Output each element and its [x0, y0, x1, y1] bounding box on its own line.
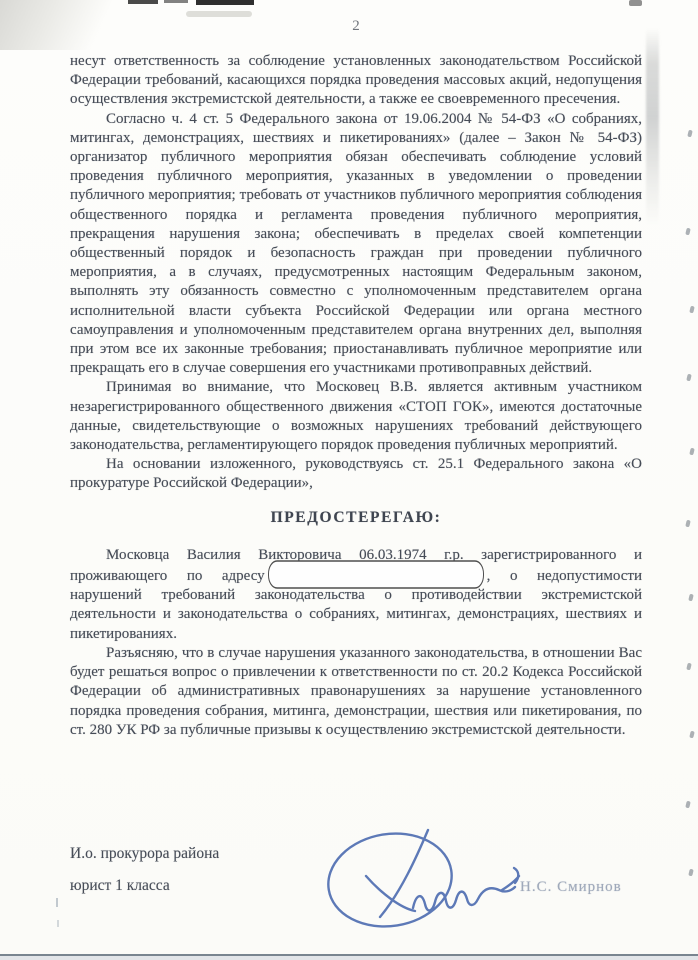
scan-artifact-top-strip [164, 0, 188, 3]
scan-artifact-tick [57, 920, 59, 927]
scanned-document-page: 2 несут ответственность за соблюдение ус… [0, 0, 698, 960]
paragraph-law-54fz: Согласно ч. 4 ст. 5 Федерального закона … [70, 110, 642, 379]
scan-artifact-speck [686, 374, 692, 382]
scan-artifact-speck [686, 663, 692, 671]
scan-artifact-speck [685, 520, 691, 528]
redaction-box [268, 560, 484, 589]
scan-artifact-speck [688, 594, 694, 602]
scan-artifact-speck [689, 448, 695, 456]
paragraph-warning-subject: Московца Василия Викторовича 06.03.1974 … [70, 546, 642, 644]
scan-artifact-speck [689, 731, 695, 739]
scan-artifact-tick [56, 898, 58, 907]
scan-artifact-speck [629, 0, 642, 6]
scan-artifact-speck [685, 228, 691, 236]
scan-artifact-speck [688, 869, 694, 877]
scan-artifact-speck [689, 306, 695, 314]
paragraph-liability-explanation: Разъясняю, что в случае нарушения указан… [70, 644, 642, 740]
paragraph-considering: Принимая во внимание, что Московец В.В. … [70, 378, 642, 455]
scan-artifact-top-strip [196, 0, 254, 5]
signer-position-line2: юрист 1 класса [70, 877, 170, 895]
scan-artifact-speck [685, 801, 691, 809]
document-body: несут ответственность за соблюдение уста… [70, 52, 642, 740]
scan-artifact-smudge [186, 11, 252, 17]
scan-artifact-top-strip [128, 0, 158, 4]
paragraph-legal-basis: На основании изложенного, руководствуясь… [70, 455, 642, 493]
signer-name: Н.С. Смирнов [520, 879, 622, 896]
page-number: 2 [70, 18, 642, 35]
scan-bottom-edge-fade [0, 956, 698, 960]
paragraph-continuation: несут ответственность за соблюдение уста… [70, 52, 642, 110]
signer-position-line1: И.о. прокурора района [70, 845, 219, 863]
scan-artifact-speck [687, 130, 693, 138]
warning-heading: ПРЕДОСТЕРЕГАЮ: [70, 508, 642, 527]
scan-artifact-streak [646, 28, 659, 226]
